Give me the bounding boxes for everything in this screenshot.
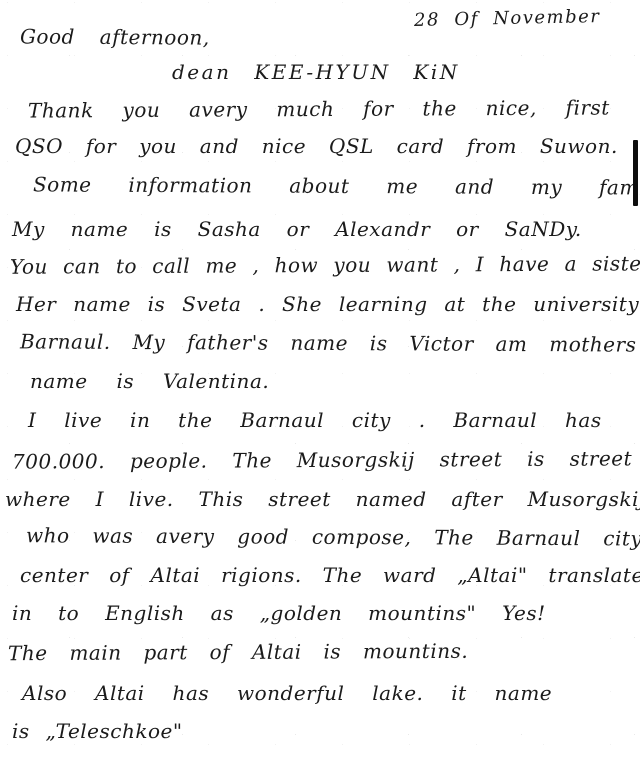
letter-greeting: Good afternoon, bbox=[20, 24, 210, 49]
letter-line: 700.000. people. The Musorgskij street i… bbox=[12, 446, 632, 473]
letter-line: Also Altai has wonderful lake. it name bbox=[22, 681, 552, 705]
handwritten-letter-page: 28 Of November Good afternoon, dean KEE-… bbox=[0, 0, 640, 764]
letter-line: Barnaul. My father's name is Victor am m… bbox=[20, 329, 636, 356]
letter-line: center of Altai rigions. The ward „Altai… bbox=[20, 563, 640, 587]
letter-line: in to English as „golden mountins" Yes! bbox=[12, 601, 546, 625]
letter-date: 28 Of November bbox=[414, 6, 601, 31]
letter-line: The main part of Altai is mountins. bbox=[8, 639, 468, 665]
letter-line: You can to call me , how you want , I ha… bbox=[10, 251, 640, 278]
letter-line: who was avery good compose, The Barnaul … bbox=[26, 523, 640, 550]
letter-line: where I live. This street named after Mu… bbox=[5, 487, 640, 511]
letter-line: Thank you avery much for the nice, first bbox=[28, 95, 610, 122]
letter-line: is „Teleschkoe" bbox=[12, 719, 183, 743]
letter-line: Some information about me and my family. bbox=[33, 172, 640, 199]
letter-line: Her name is Sveta . She learning at the … bbox=[16, 292, 640, 316]
letter-line: QSO for you and nice QSL card from Suwon… bbox=[15, 134, 618, 158]
scan-artifact-bar bbox=[633, 140, 638, 206]
letter-addressee: dean KEE-HYUN KiN bbox=[172, 60, 460, 84]
letter-line: I live in the Barnaul city . Barnaul has bbox=[28, 408, 602, 432]
letter-line: name is Valentina. bbox=[30, 369, 269, 393]
letter-line: My name is Sasha or Alexandr or SaNDy. bbox=[12, 217, 582, 241]
